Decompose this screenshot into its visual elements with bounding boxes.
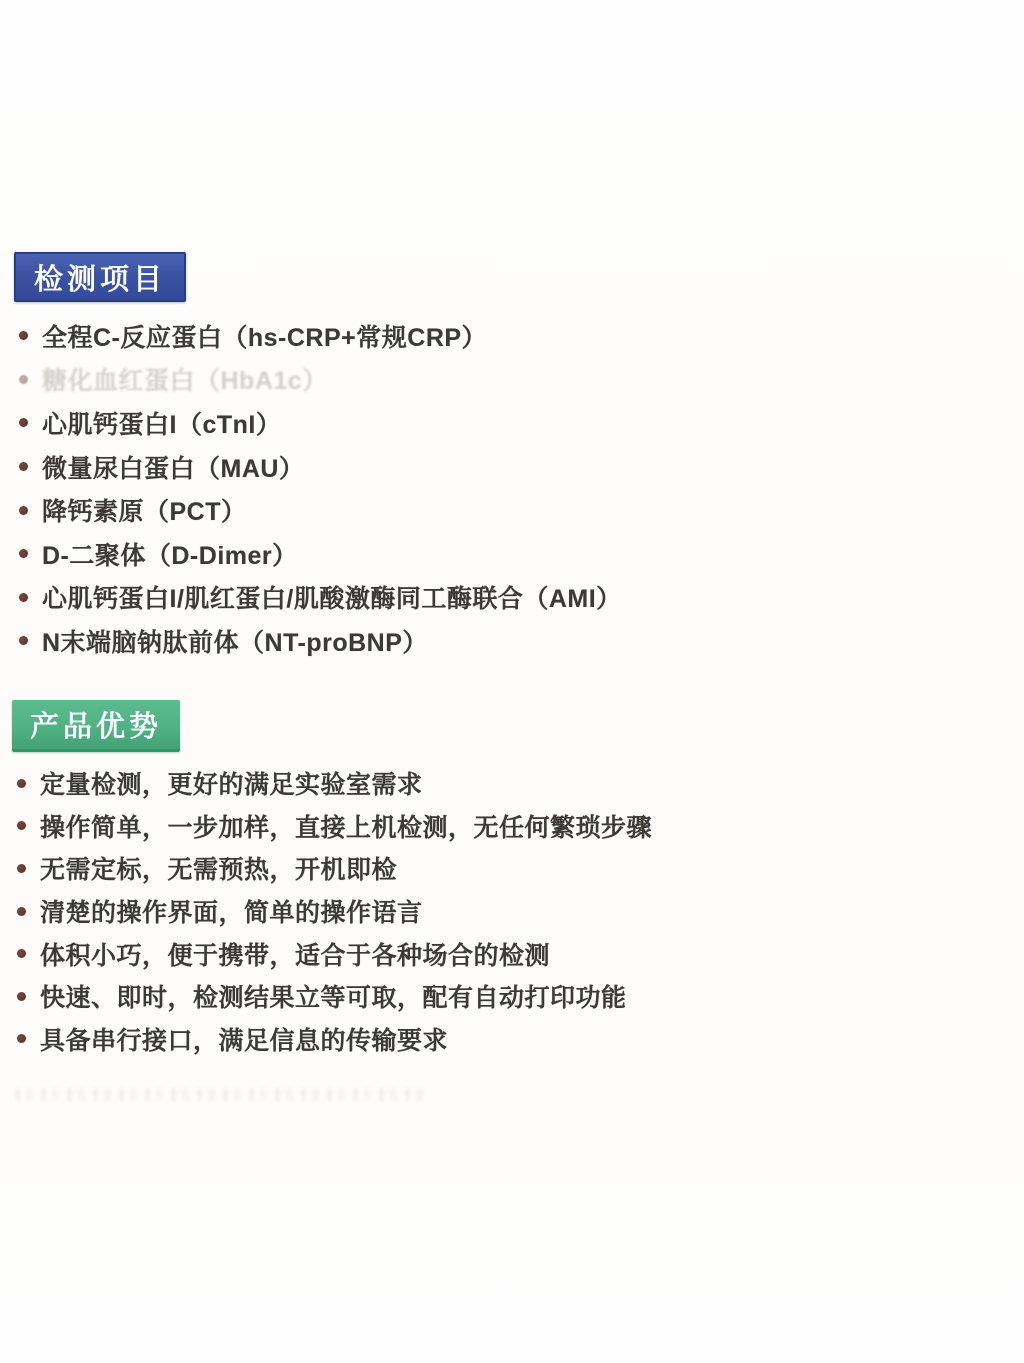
list-item-text: 具备串行接口，满足信息的传输要求 [40, 1021, 448, 1057]
list-item-text: 清楚的操作界面，简单的操作语言 [40, 893, 423, 929]
test-items-list: 全程C-反应蛋白（hs-CRP+常规CRP） 糖化血红蛋白（HbA1c） 心肌钙… [14, 314, 622, 663]
list-item: N末端脑钠肽前体（NT-proBNP） [14, 619, 622, 663]
list-item-text: D-二聚体（D-Dimer） [42, 536, 298, 572]
erased-text-artifact [15, 1088, 430, 1101]
list-item-text: 全程C-反应蛋白（hs-CRP+常规CRP） [42, 318, 487, 354]
list-item-text: 快速、即时，检测结果立等可取，配有自动打印功能 [40, 978, 627, 1014]
list-item: 微量尿白蛋白（MAU） [14, 445, 622, 489]
list-item-text: 心肌钙蛋白I（cTnI） [42, 405, 281, 441]
list-item: 清楚的操作界面，简单的操作语言 [12, 890, 652, 933]
bullet-icon [19, 506, 28, 515]
list-item: 无需定标，无需预热，开机即检 [12, 847, 652, 890]
list-item-text: 降钙素原（PCT） [42, 492, 247, 528]
bullet-icon [17, 779, 26, 788]
list-item-faded: 糖化血红蛋白（HbA1c） [14, 358, 622, 402]
section-title-test-items: 检测项目 [14, 252, 186, 302]
bullet-icon [17, 992, 26, 1001]
list-item: 定量检测，更好的满足实验室需求 [12, 762, 652, 805]
bullet-icon [17, 949, 26, 958]
list-item-text: 无需定标，无需预热，开机即检 [40, 850, 397, 886]
list-item-text: 微量尿白蛋白（MAU） [42, 449, 304, 485]
list-item-text: N末端脑钠肽前体（NT-proBNP） [42, 623, 428, 659]
list-item: 操作简单，一步加样，直接上机检测，无任何繁琐步骤 [12, 805, 652, 848]
section-title-advantages: 产品优势 [12, 700, 180, 752]
list-item: 降钙素原（PCT） [14, 488, 622, 532]
list-item: 心肌钙蛋白I（cTnI） [14, 401, 622, 445]
list-item-text: 糖化血红蛋白（HbA1c） [42, 361, 328, 397]
advantages-list: 定量检测，更好的满足实验室需求 操作简单，一步加样，直接上机检测，无任何繁琐步骤… [12, 762, 652, 1060]
bullet-icon [19, 593, 28, 602]
bullet-icon [19, 549, 28, 558]
list-item: D-二聚体（D-Dimer） [14, 532, 622, 576]
list-item: 心肌钙蛋白I/肌红蛋白/肌酸激酶同工酶联合（AMI） [14, 576, 622, 620]
bullet-icon [19, 418, 28, 427]
list-item: 具备串行接口，满足信息的传输要求 [12, 1018, 652, 1061]
bullet-icon [17, 821, 26, 830]
bullet-icon [19, 636, 28, 645]
bullet-icon [19, 375, 28, 384]
list-item: 全程C-反应蛋白（hs-CRP+常规CRP） [14, 314, 622, 358]
bullet-icon [17, 907, 26, 916]
list-item-text: 心肌钙蛋白I/肌红蛋白/肌酸激酶同工酶联合（AMI） [42, 579, 622, 615]
bullet-icon [19, 462, 28, 471]
product-sheet: 检测项目 全程C-反应蛋白（hs-CRP+常规CRP） 糖化血红蛋白（HbA1c… [0, 0, 1024, 1363]
list-item: 快速、即时，检测结果立等可取，配有自动打印功能 [12, 975, 652, 1018]
list-item-text: 操作简单，一步加样，直接上机检测，无任何繁琐步骤 [40, 808, 652, 844]
list-item-text: 体积小巧，便于携带，适合于各种场合的检测 [40, 936, 550, 972]
list-item: 体积小巧，便于携带，适合于各种场合的检测 [12, 932, 652, 975]
list-item-text: 定量检测，更好的满足实验室需求 [40, 765, 423, 801]
bullet-icon [17, 864, 26, 873]
bullet-icon [17, 1034, 26, 1043]
bullet-icon [19, 331, 28, 340]
